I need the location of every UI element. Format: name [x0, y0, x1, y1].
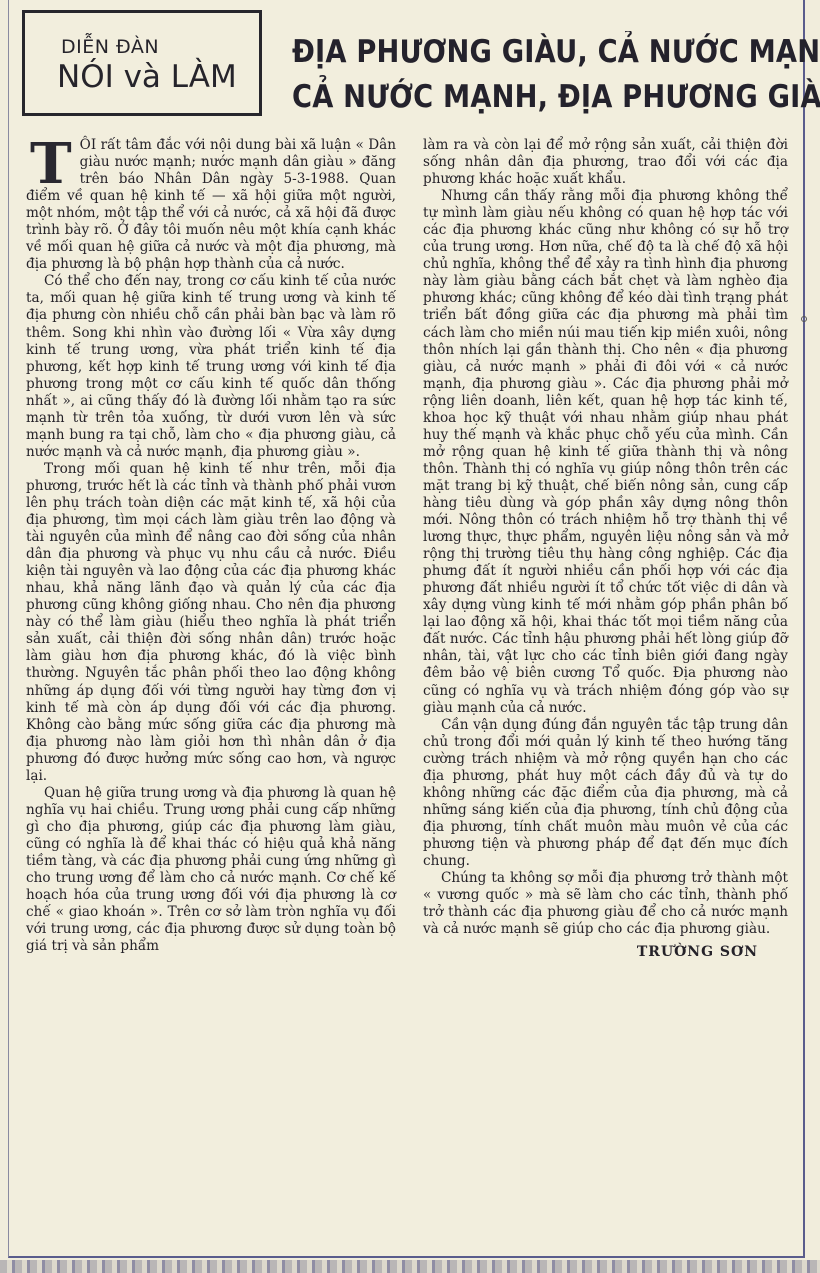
margin-mark — [801, 316, 807, 322]
drop-cap: T — [30, 141, 72, 187]
paragraph: Chúng ta không sợ mỗi địa phương trở thà… — [423, 870, 788, 938]
article-column-left: TÔI rất tâm đắc với nội dung bài xã luận… — [26, 137, 396, 955]
paragraph: Trong mối quan hệ kinh tế như trên, mỗi … — [26, 461, 396, 785]
paragraph: Nhưng cần thấy rằng mỗi địa phương không… — [423, 188, 788, 716]
paragraph: Có thể cho đến nay, trong cơ cấu kinh tế… — [26, 273, 396, 461]
article-headline: ĐỊA PHƯƠNG GIÀU, CẢ NƯỚC MẠNH. CẢ NƯỚC M… — [292, 30, 741, 120]
headline-line-2: CẢ NƯỚC MẠNH, ĐỊA PHƯƠNG GIÀU — [292, 75, 741, 120]
author-signature: TRƯỜNG SƠN — [423, 944, 788, 961]
paragraph: TÔI rất tâm đắc với nội dung bài xã luận… — [26, 137, 396, 273]
headline-line-1: ĐỊA PHƯƠNG GIÀU, CẢ NƯỚC MẠNH. — [292, 30, 741, 75]
article-column-right: làm ra và còn lại để mở rộng sản xuất, c… — [423, 137, 788, 961]
rubric-main: NÓI và LÀM — [57, 59, 237, 95]
rubric-top: DIỄN ĐÀN — [61, 36, 159, 58]
paragraph: Quan hệ giữa trung ương và địa phương là… — [26, 785, 396, 955]
paragraph: Cần vận dụng đúng đắn nguyên tắc tập tru… — [423, 717, 788, 870]
column-rubric-box: DIỄN ĐÀN NÓI và LÀM — [22, 10, 262, 116]
paragraph: làm ra và còn lại để mở rộng sản xuất, c… — [423, 137, 788, 188]
page-edge — [0, 1260, 820, 1273]
